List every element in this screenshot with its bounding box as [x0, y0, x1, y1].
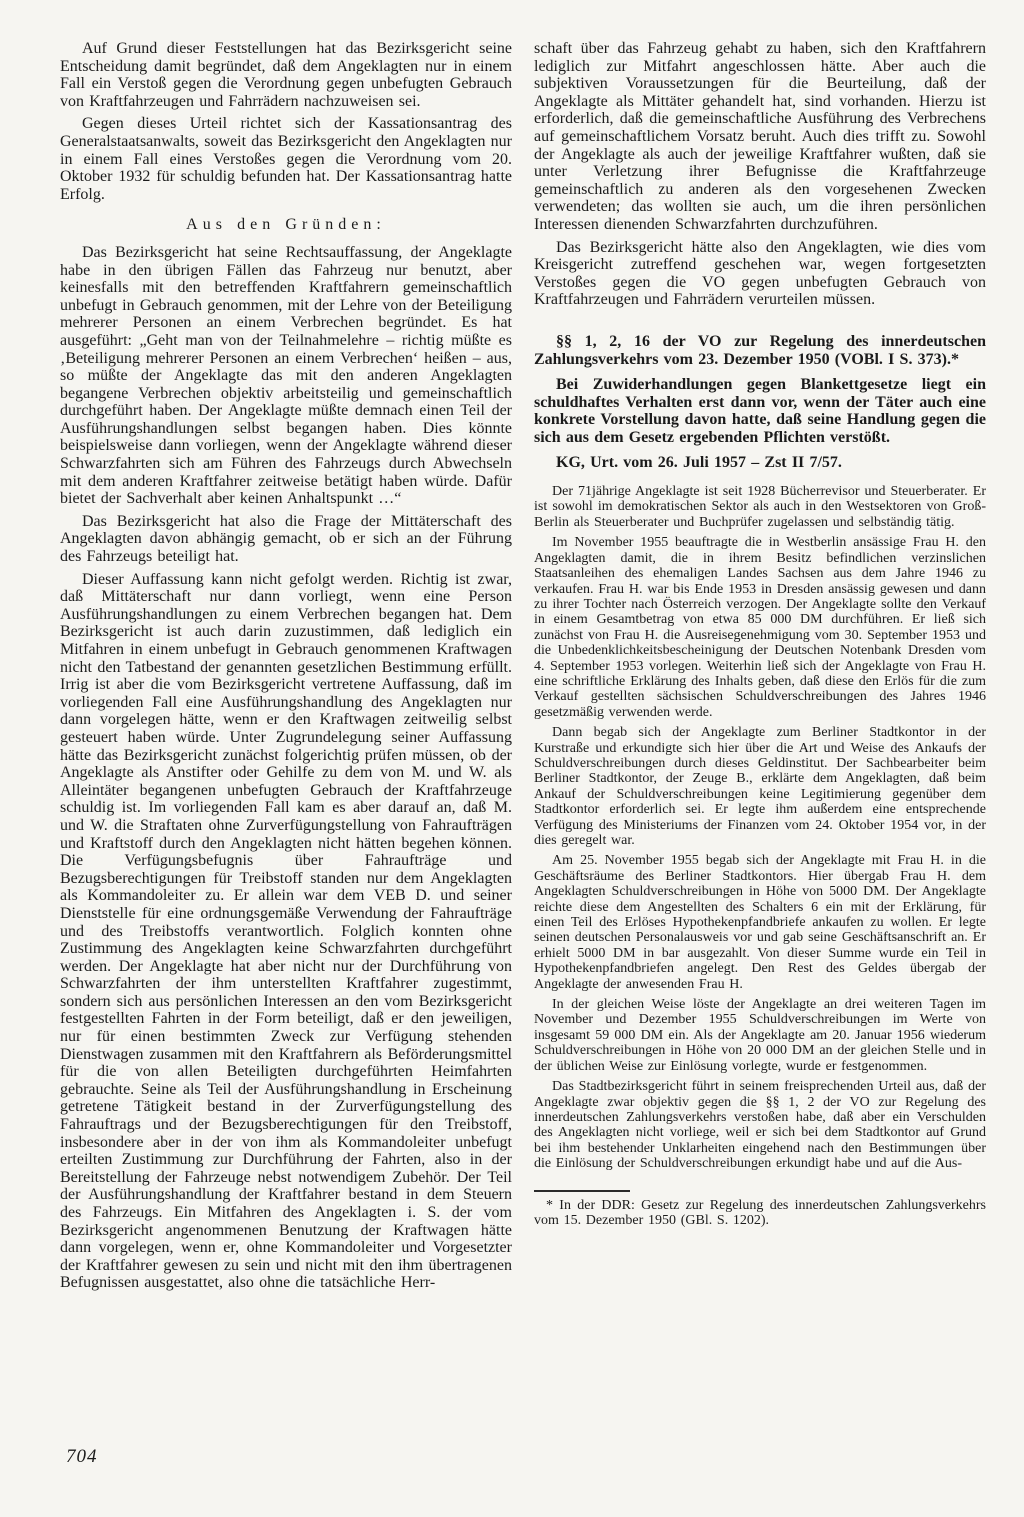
paragraph: Am 25. November 1955 begab sich der Ange… — [534, 853, 986, 992]
paragraph-continuation: schaft über das Fahrzeug gehabt zu haben… — [534, 40, 986, 234]
footnote-block: * In der DDR: Gesetz zur Regelung des in… — [534, 1190, 986, 1229]
right-column: schaft über das Fahrzeug gehabt zu haben… — [534, 40, 986, 1297]
paragraph: Gegen dieses Urteil richtet sich der Kas… — [60, 115, 512, 203]
paragraph: Das Stadtbezirksgericht führt in seinem … — [534, 1079, 986, 1171]
left-column: Auf Grund dieser Feststellungen hat das … — [60, 40, 512, 1297]
paragraph: Dann begab sich der Angeklagte zum Berli… — [534, 725, 986, 848]
paragraph: Dieser Auffassung kann nicht gefolgt wer… — [60, 571, 512, 1292]
text-columns: Auf Grund dieser Feststellungen hat das … — [60, 40, 986, 1297]
paragraph: In der gleichen Weise löste der Angeklag… — [534, 997, 986, 1074]
page-number: 704 — [66, 1446, 98, 1468]
statute-heading: §§ 1, 2, 16 der VO zur Regelung des inne… — [534, 333, 986, 368]
headnote: Bei Zuwiderhandlungen gegen Blankettgese… — [534, 376, 986, 446]
paragraph: Das Bezirksgericht hat seine Rechtsauffa… — [60, 244, 512, 508]
paragraph: Auf Grund dieser Feststellungen hat das … — [60, 40, 512, 110]
journal-page: Auf Grund dieser Feststellungen hat das … — [0, 0, 1024, 1517]
paragraph: Im November 1955 beauftragte die in West… — [534, 535, 986, 720]
facts-section: Der 71jährige Angeklagte ist seit 1928 B… — [534, 484, 986, 1171]
footnote-rule — [534, 1190, 630, 1192]
footnote: * In der DDR: Gesetz zur Regelung des in… — [534, 1198, 986, 1229]
section-heading: Aus den Gründen: — [60, 216, 512, 234]
paragraph: Das Bezirksgericht hat also die Frage de… — [60, 513, 512, 566]
paragraph: Der 71jährige Angeklagte ist seit 1928 B… — [534, 484, 986, 530]
paragraph: Das Bezirksgericht hätte also den Angekl… — [534, 239, 986, 309]
case-citation: KG, Urt. vom 26. Juli 1957 – Zst II 7/57… — [534, 454, 986, 472]
